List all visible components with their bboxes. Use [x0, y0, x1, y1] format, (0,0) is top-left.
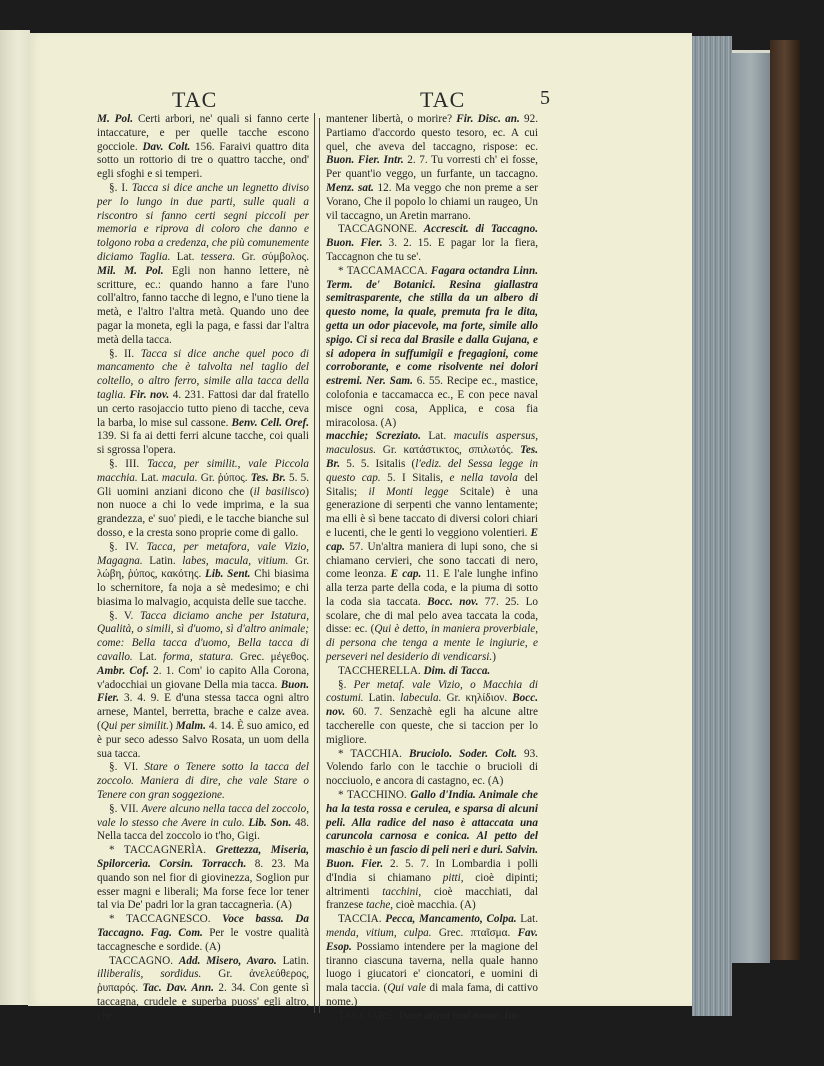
right-column: mantener libertà, o morire? Fir. Disc. a… — [326, 113, 538, 1024]
book-cover — [770, 40, 800, 960]
dictionary-entry: §. VII. Avere alcuno nella tacca del zoc… — [97, 803, 309, 844]
dictionary-entry: * TACCAMACCA. Fagara octandra Linn. Term… — [326, 265, 538, 431]
dictionary-entry: mantener libertà, o morire? Fir. Disc. a… — [326, 113, 538, 223]
running-head-left: TAC — [172, 87, 217, 113]
dictionary-entry: §. I. Tacca si dice anche un legnetto di… — [97, 182, 309, 348]
dictionary-entry: TACCAGNONE. Accrescit. di Taccagno. Buon… — [326, 223, 538, 264]
dictionary-entry: TACCAGNO. Add. Misero, Avaro. Latin. ill… — [97, 955, 309, 1024]
dictionary-entry: §. VI. Stare o Tenere sotto la tacca del… — [97, 761, 309, 802]
dictionary-entry: §. III. Tacca, per similit., vale Piccol… — [97, 458, 309, 541]
page-number: 5 — [540, 87, 550, 110]
dictionary-entry: §. V. Tacca diciamo anche per Istatura, … — [97, 610, 309, 762]
dictionary-entry: * TACCAGNESCO. Voce bassa. Da Taccagno. … — [97, 913, 309, 954]
running-head-right: TAC — [420, 87, 465, 113]
left-page-edge — [0, 30, 30, 1005]
fore-edge-inner — [732, 50, 770, 963]
dictionary-entry: §. II. Tacca si dice anche quel poco di … — [97, 348, 309, 458]
dictionary-entry: * TACCHIA. Bruciolo. Soder. Colt. 93. Vo… — [326, 748, 538, 789]
left-column: M. Pol. Certi arbori, ne' quali si fanno… — [97, 113, 309, 1024]
dictionary-entry: macchie; Screziato. Lat. maculis aspersu… — [326, 430, 538, 665]
fore-edge — [692, 36, 732, 1016]
dictionary-entry: M. Pol. Certi arbori, ne' quali si fanno… — [97, 113, 309, 182]
dictionary-entry: * TACCAGNERÌA. Grettezza, Miseria, Spilo… — [97, 844, 309, 913]
dictionary-entry: §. IV. Tacca, per metafora, vale Vizio, … — [97, 541, 309, 610]
dictionary-entry: §. Per metaf. vale Vizio, o Macchia di c… — [326, 679, 538, 748]
dictionary-entry: TACCHERELLA. Dim. di Tacca. — [326, 665, 538, 679]
dictionary-entry: TACCIA. Pecca, Mancamento, Colpa. Lat. m… — [326, 913, 538, 1010]
dictionary-entry: TACCIARE. Dare altrui mal nome, Im- — [326, 1010, 538, 1024]
dictionary-entry: * TACCHINO. Gallo d'India. Animale che h… — [326, 789, 538, 913]
column-divider — [314, 118, 320, 1013]
